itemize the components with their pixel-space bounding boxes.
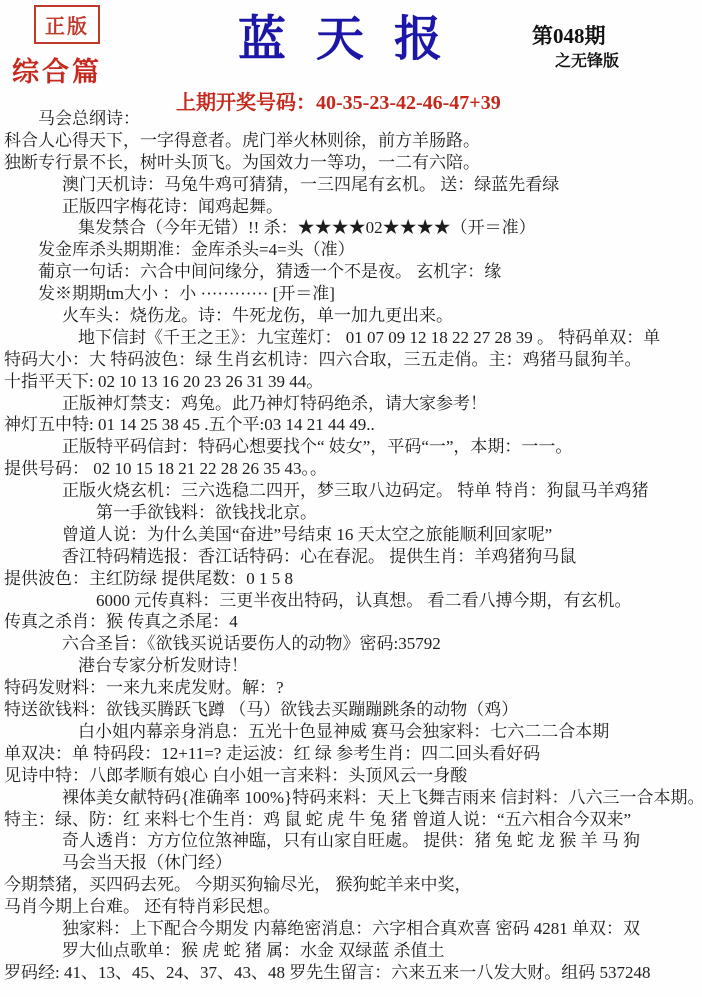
text-line: 白小姐内幕亲身消息：五光十色显神威 赛马会独家料：七六二二合本期 bbox=[0, 721, 702, 743]
text-line: 第一手欲钱料：欲钱找北京。 bbox=[0, 502, 702, 524]
text-line: 正版特平码信封：特码心想要找个“ 妓女”，平码“一”，本期：一一。 bbox=[0, 436, 702, 458]
text-line: 马肖今期上台难。 还有特肖彩民想。 bbox=[0, 896, 702, 918]
text-line: 六合圣旨：《欲钱买说话要伤人的动物》密码:35792 bbox=[0, 633, 702, 655]
text-line: 正版神灯禁支：鸡兔。此乃神灯特码绝杀，请大家参考！ bbox=[0, 393, 702, 415]
text-line: 奇人透肖：方方位位煞神臨，只有山家自旺處。 提供：猪 兔 蛇 龙 猴 羊 马 狗 bbox=[0, 830, 702, 852]
text-line: 独家料：上下配合今期发 内幕绝密消息：六字相合真欢喜 密码 4281 单双：双 bbox=[0, 918, 702, 940]
text-line: 见诗中特：八郎孝顺有娘心 白小姐一言来料：头顶风云一身酸 bbox=[0, 765, 702, 787]
text-line: 单双决：单 特码段：12+11=? 走运波：红 绿 参考生肖：四二回头看好码 bbox=[0, 743, 702, 765]
text-line: 发金库杀头期期准：金库杀头=4=头（准） bbox=[0, 239, 702, 261]
text-line: 澳门天机诗：马兔牛鸡可猜猜，一三四尾有玄机。 送：绿蓝先看绿 bbox=[0, 174, 702, 196]
text-line: 正版火烧玄机：三六选稳二四开，梦三取八边码定。 特单 特肖：狗鼠马羊鸡猪 bbox=[0, 480, 702, 502]
text-line: 特码发财料：一来九来虎发财。解：? bbox=[0, 677, 702, 699]
text-line: 火车头：烧伤龙。诗：牛死龙伤，单一加九更出来。 bbox=[0, 305, 702, 327]
issue-number: 第048期 bbox=[532, 20, 606, 50]
text-line: 传真之杀肖：猴 传真之杀尾：4 bbox=[0, 611, 702, 633]
text-line: 地下信封《千王之王》：九宝莲灯： 01 07 09 12 18 22 27 28… bbox=[0, 327, 702, 349]
genuine-badge: 正版 bbox=[34, 5, 100, 44]
text-line: 港台专家分析发财诗！ bbox=[0, 655, 702, 677]
lines: 马会总纲诗：科合人心得天下，一字得意者。虎门举火林则徐，前方羊肠路。独断专行景不… bbox=[0, 108, 702, 984]
text-line: 提供波色：主红防绿 提供尾数：0 1 5 8 bbox=[0, 568, 702, 590]
text-line: 香江特码精选报：香江话特码：心在春泥。 提供生肖：羊鸡猪狗马鼠 bbox=[0, 546, 702, 568]
text-line: 罗码经: 41、13、45、24、37、43、48 罗先生留言：六来五来一八发大… bbox=[0, 962, 702, 984]
text-line: 独断专行景不长，树叶头顶飞。为国效力一等功，一二有六陪。 bbox=[0, 152, 702, 174]
text-line: 葡京一句话：六合中间问缘分，猜透一个不是夜。 玄机字：缘 bbox=[0, 261, 702, 283]
text-line: 特主：绿、防：红 来料七个生肖：鸡 鼠 蛇 虎 牛 兔 猪 曾道人说：“五六相合… bbox=[0, 809, 702, 831]
text-line: 正版四字梅花诗：闻鸡起舞。 bbox=[0, 196, 702, 218]
text-line: 十指平天下: 02 10 13 16 20 23 26 31 39 44。 bbox=[0, 371, 702, 393]
text-line: 特送欲钱料：欲钱买腾跃飞蹲 （马）欲钱去买蹦蹦跳条的动物（鸡） bbox=[0, 699, 702, 721]
text-line: 罗大仙点歌单：猴 虎 蛇 猪 属：水金 双绿蓝 杀值土 bbox=[0, 940, 702, 962]
edition-label: 之无锋版 bbox=[555, 48, 619, 71]
text-line: 马会总纲诗： bbox=[0, 108, 702, 130]
text-line: 马会当天报（休门经） bbox=[0, 852, 702, 874]
section-title: 综合篇 bbox=[12, 50, 102, 89]
text-line: 今期禁猪，买四码去死。 今期买狗输尽光， 猴狗蛇羊来中奖， bbox=[0, 874, 702, 896]
page-title: 蓝天报 bbox=[238, 0, 472, 69]
text-line: 集发禁合（今年无错）!! 杀：★★★★02★★★★（开＝准） bbox=[0, 217, 702, 239]
text-line: 曾道人说：为什么美国“奋进”号结束 16 天太空之旅能顺利回家呢” bbox=[0, 524, 702, 546]
text-line: 裸体美女献特码{准确率 100%}特码来料：天上飞舞吉雨来 信封料：八六三一合本… bbox=[0, 787, 702, 809]
text-line: 发※期期tm大小 ：小 ············ [开＝准] bbox=[0, 283, 702, 305]
newspaper-page: 正版 蓝天报 第048期 之无锋版 综合篇 上期开奖号码：40-35-23-42… bbox=[0, 0, 702, 997]
text-line: 科合人心得天下，一字得意者。虎门举火林则徐，前方羊肠路。 bbox=[0, 130, 702, 152]
text-line: 神灯五中特: 01 14 25 38 45 .五个平:03 14 21 44 4… bbox=[0, 414, 702, 436]
text-line: 特码大小：大 特码波色：绿 生肖玄机诗：四六合取，三五走俏。主：鸡猪马鼠狗羊。 bbox=[0, 349, 702, 371]
text-line: 6000 元传真料：三更半夜出特码，认真想。 看二看八搏今期，有玄机。 bbox=[0, 590, 702, 612]
text-line: 提供号码： 02 10 15 18 21 22 28 26 35 43。。 bbox=[0, 458, 702, 480]
